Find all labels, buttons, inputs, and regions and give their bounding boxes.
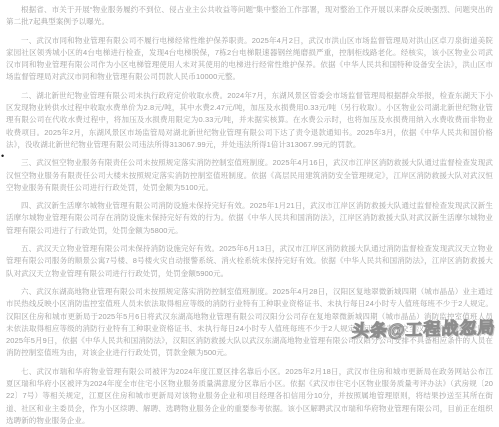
list-bullet-marker: • [1, 152, 4, 161]
intro-paragraph: 根据省、市关于开展“物业服务履约不到位、侵占业主公共收益等问题”集中整治工作部署… [6, 4, 493, 29]
case-paragraph-6: 六、武汉东湖高地物业管理有限公司未按照规定落实消防控制室值班制度。2025年4月… [6, 286, 493, 340]
document-page: 根据省、市关于开展“物业服务履约不到位、侵占业主公共收益等问题”集中整治工作部署… [0, 0, 499, 340]
case-paragraph-2: 二、湖北新世纪物业管理有限公司未执行政府定价收取水费。2024年7月，东湖风景区… [6, 90, 493, 151]
case-paragraph-1: 一、武汉市同和物业管理有限公司不履行电梯经常性维护保养职责。2025年4月2日，… [6, 35, 493, 84]
case-paragraph-5: 五、武汉天立物业管理有限公司未保持消防设施完好有效。2025年6月13日，武汉市… [6, 243, 493, 280]
case-paragraph-4: 四、武汉新生活摩尔城物业管理有限公司消防设施未保持完好有效。2025年1月21日… [6, 200, 493, 237]
case-paragraph-3: 三、武汉恒空物业服务有限责任公司未按照规定落实消防控制室值班制度。2025年4月… [6, 157, 493, 194]
